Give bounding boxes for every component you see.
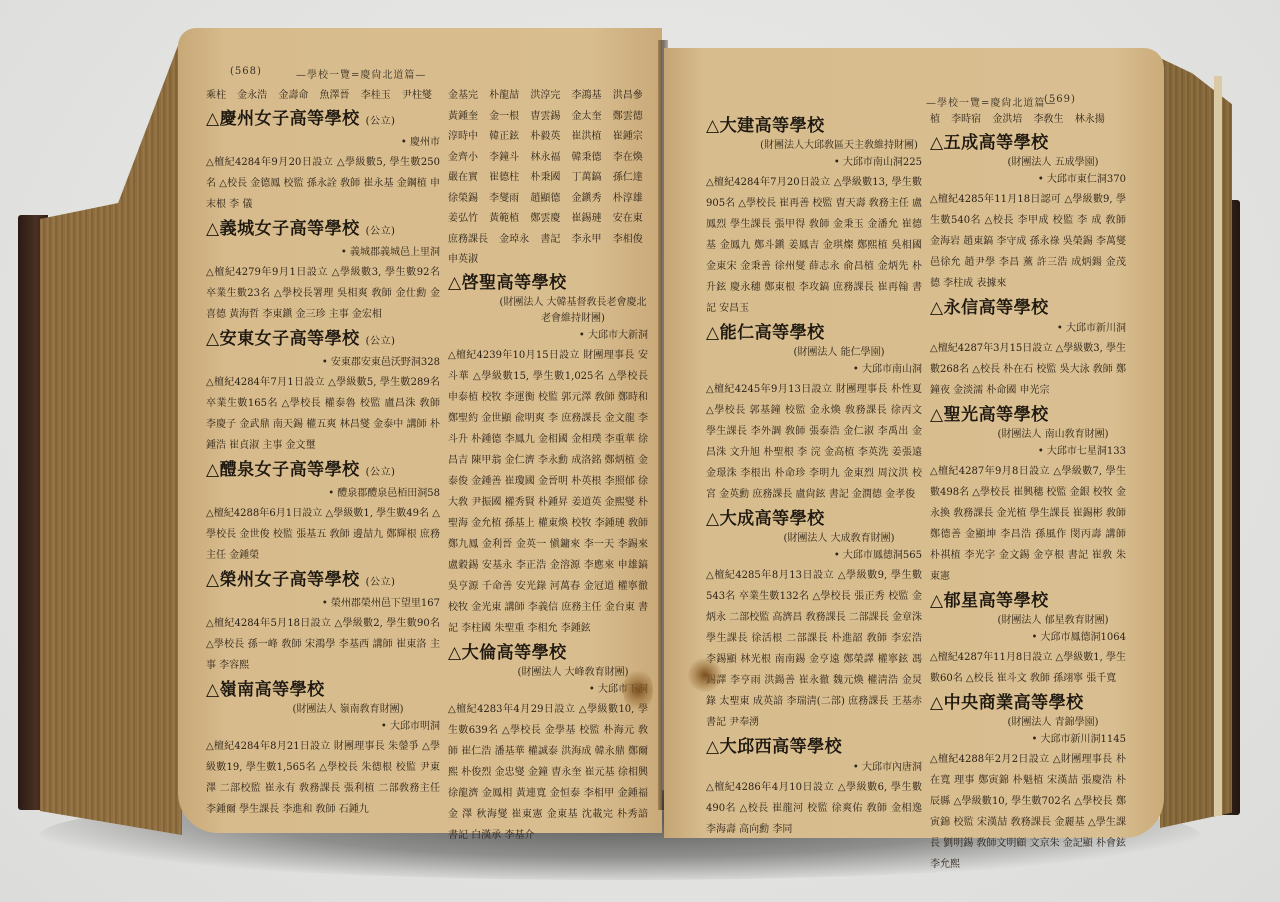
left-column-2: 金基完 朴龍喆 洪淳完 李鴻基 洪昌參 黃鍾奎 金一根 曺雲錫 金太奎 鄭雲德 … (448, 86, 648, 848)
school-details: △檀紀4279年9月1日設立 △學級數3, 學生數92名 卒業生數23名 △學校… (206, 262, 440, 325)
foundation: (財團法人大邱敎區天主敎維持財團) (756, 138, 922, 154)
school-entry: △醴泉女子高等學校(公立)• 醴泉郡醴泉邑栢田洞58△檀紀4288年6月1日設立… (206, 458, 440, 566)
school-name: 大邱西高等學校 (720, 737, 843, 757)
school-details: △檀紀4245年9月13日設立 財團理事長 朴性夏 △學校長 郭基鐘 校監 金永… (706, 379, 922, 505)
foundation: (財團法人 大韓基督敎長老會慶北老會維持財團) (498, 295, 648, 327)
school-entry: △大成高等學校(財團法人 大成敎育財團)• 大邱市鳳德洞565△檀紀4285年8… (706, 507, 922, 733)
school-title: △大邱西高等學校 (706, 735, 922, 759)
school-details: △檀紀4284年9月20日設立 △學級數5, 學生數250名 △校長 金德鳳 校… (206, 152, 440, 215)
book-photo: (568) —學校一覽=慶尙北道篇— 乘柱 金永浩 金壽命 魚澤晉 李桂玉 尹柱… (0, 0, 1280, 902)
foundation: (財團法人 嶺南敎育財團) (256, 702, 440, 718)
school-name: 榮州女子高等學校 (220, 570, 360, 590)
triangle-icon: △ (930, 693, 944, 713)
triangle-icon: △ (706, 737, 720, 757)
school-address: • 慶州市 (206, 134, 440, 152)
school-address: • 安東郡安東邑沃野洞328 (206, 354, 440, 372)
school-name: 能仁高等學校 (720, 323, 825, 343)
foundation: (財團法人 能仁學園) (756, 345, 922, 361)
triangle-icon: △ (206, 460, 220, 480)
school-name: 慶州女子高等學校 (220, 109, 360, 129)
foundation: (財團法人 五成學園) (980, 155, 1126, 171)
school-name: 安東女子高等學校 (220, 329, 360, 349)
school-details: △檀紀4287年9月8日設立 △學級數7, 學生數498名 △學校長 崔興穗 校… (930, 461, 1126, 587)
school-entry: △大倫高等學校(財團法人 大峰敎育財團)• 大邱市下洞△檀紀4283年4月29日… (448, 641, 648, 846)
right-column-2: 植 李時宿 金洪培 李敎生 林永揚 △五成高等學校(財團法人 五成學園)• 大邱… (930, 110, 1126, 877)
school-title: △大建高等學校 (706, 114, 922, 138)
school-title: △安東女子高等學校(公立) (206, 327, 440, 354)
school-address: • 大邱市鳳德洞565 (706, 547, 922, 565)
school-entry: △永信高等學校• 大邱市新川洞△檀紀4287年3月15日設立 △學級數3, 學生… (930, 296, 1126, 401)
school-address: • 大邱市新川洞1145 (930, 731, 1126, 749)
triangle-icon: △ (706, 509, 720, 529)
school-entry: △中央商業高等學校(財團法人 青錦學園)• 大邱市新川洞1145△檀紀4288年… (930, 691, 1126, 875)
school-details: △檀紀4287年3月15日設立 △學級數3, 學生數268名 △校長 朴在石 校… (930, 338, 1126, 401)
right-page: —學校一覽=慶尙北道篇— (569) △大建高等學校(財團法人大邱敎區天主敎維持… (664, 48, 1164, 838)
school-name: 嶺南高等學校 (220, 680, 325, 700)
school-name: 啓聖高等學校 (462, 273, 567, 293)
age-stain (688, 658, 722, 692)
triangle-icon: △ (206, 109, 220, 129)
triangle-icon: △ (930, 298, 944, 318)
foundation: (財團法人 郁星敎育財團) (980, 613, 1126, 629)
leading-names: 金基完 朴龍喆 洪淳完 李鴻基 洪昌參 黃鍾奎 金一根 曺雲錫 金太奎 鄭雲德 … (448, 86, 648, 271)
foundation: (財團法人 青錦學園) (980, 715, 1126, 731)
school-address: • 義城郡義城邑上里洞 (206, 244, 440, 262)
school-details: △檀紀4284年5月18日設立 △學級數2, 學生數90名 △學校長 孫一峰 敎… (206, 613, 440, 676)
left-column-1: 乘柱 金永浩 金壽命 魚澤晉 李桂玉 尹柱燮 △慶州女子高等學校(公立)• 慶州… (206, 86, 440, 822)
school-name: 醴泉女子高等學校 (220, 460, 360, 480)
school-title: △能仁高等學校 (706, 321, 922, 345)
school-name: 五成高等學校 (944, 133, 1049, 153)
school-details: △檀紀4283年4月29日設立 △學級數10, 學生數639名 △學校長 金學基… (448, 699, 648, 846)
school-title: △大倫高等學校 (448, 641, 648, 665)
school-list: △慶州女子高等學校(公立)• 慶州市△檀紀4284年9月20日設立 △學級數5,… (206, 107, 440, 820)
school-entry: △大建高等學校(財團法人大邱敎區天主敎維持財團)• 大邱市南山洞225△檀紀42… (706, 114, 922, 319)
school-entry: △聖光高等學校(財團法人 南山敎育財團)• 大邱市七星洞133△檀紀4287年9… (930, 403, 1126, 587)
school-title: △嶺南高等學校 (206, 678, 440, 702)
triangle-icon: △ (206, 570, 220, 590)
school-name: 義城女子高等學校 (220, 219, 360, 239)
school-address: • 大邱市七星洞133 (930, 443, 1126, 461)
page-number: (569) (1044, 94, 1076, 105)
school-details: △檀紀4285年11月18日認可 △學級數9, 學生數540名 △校長 李甲成 … (930, 189, 1126, 294)
school-details: △檀紀4287年11月8日設立 △學級數1, 學生數60名 △校長 崔斗文 敎師… (930, 647, 1126, 689)
school-entry: △義城女子高等學校(公立)• 義城郡義城邑上里洞△檀紀4279年9月1日設立 △… (206, 217, 440, 325)
school-entry: △郁星高等學校(財團法人 郁星敎育財團)• 大邱市鳳德洞1064△檀紀4287年… (930, 589, 1126, 689)
school-address: • 大邱市南山洞 (706, 361, 922, 379)
school-title: △義城女子高等學校(公立) (206, 217, 440, 244)
school-type: (公立) (366, 467, 396, 478)
school-name: 永信高等學校 (944, 298, 1049, 318)
school-type: (公立) (366, 336, 396, 347)
school-title: △五成高等學校 (930, 131, 1126, 155)
school-entry: △安東女子高等學校(公立)• 安東郡安東邑沃野洞328△檀紀4284年7月1日設… (206, 327, 440, 456)
triangle-icon: △ (706, 116, 720, 136)
left-page: (568) —學校一覽=慶尙北道篇— 乘柱 金永浩 金壽命 魚澤晉 李桂玉 尹柱… (178, 28, 662, 833)
school-entry: △慶州女子高等學校(公立)• 慶州市△檀紀4284年9月20日設立 △學級數5,… (206, 107, 440, 215)
triangle-icon: △ (930, 591, 944, 611)
school-type: (公立) (366, 226, 396, 237)
triangle-icon: △ (448, 643, 462, 663)
leading-names: 植 李時宿 金洪培 李敎生 林永揚 (930, 110, 1126, 131)
school-entry: △嶺南高等學校(財團法人 嶺南敎育財團)• 大邱市明洞△檀紀4284年8月21日… (206, 678, 440, 820)
school-address: • 大邱市東仁洞370 (930, 171, 1126, 189)
foundation: (財團法人 大成敎育財團) (756, 531, 922, 547)
school-address: • 大邱市內唐洞 (706, 759, 922, 777)
running-header: —學校一覽=慶尙北道篇— (926, 94, 1056, 109)
school-entry: △啓聖高等學校(財團法人 大韓基督敎長老會慶北老會維持財團)• 大邱市大新洞△檀… (448, 271, 648, 639)
triangle-icon: △ (930, 405, 944, 425)
school-details: △檀紀4284年7月20日設立 △學級數13, 學生數905名 △學校長 崔再善… (706, 172, 922, 319)
school-details: △檀紀4284年8月21日設立 財團理事長 朱鎣爭 △學級數19, 學生數1,5… (206, 736, 440, 820)
school-title: △啓聖高等學校 (448, 271, 648, 295)
school-title: △聖光高等學校 (930, 403, 1126, 427)
triangle-icon: △ (206, 680, 220, 700)
school-entry: △大邱西高等學校• 大邱市內唐洞△檀紀4286年4月10日設立 △學級數6, 學… (706, 735, 922, 840)
school-name: 大倫高等學校 (462, 643, 567, 663)
triangle-icon: △ (448, 273, 462, 293)
school-title: △永信高等學校 (930, 296, 1126, 320)
school-address: • 大邱市新川洞 (930, 320, 1126, 338)
school-address: • 大邱市南山洞225 (706, 154, 922, 172)
school-address: • 醴泉郡醴泉邑栢田洞58 (206, 485, 440, 503)
school-address: • 榮州郡榮州邑下望里167 (206, 595, 440, 613)
school-title: △榮州女子高等學校(公立) (206, 568, 440, 595)
triangle-icon: △ (706, 323, 720, 343)
right-column-1: △大建高等學校(財團法人大邱敎區天主敎維持財團)• 大邱市南山洞225△檀紀42… (706, 114, 922, 842)
school-title: △醴泉女子高等學校(公立) (206, 458, 440, 485)
school-details: △檀紀4288年6月1日設立 △學級數1, 學生數49名 △學校長 金世俊 校監… (206, 503, 440, 566)
school-details: △檀紀4239年10月15日設立 財團理事長 安斗華 △學級數15, 學生數1,… (448, 345, 648, 639)
school-details: △檀紀4286年4月10日設立 △學級數6, 學生數490名 △校長 崔龍河 校… (706, 777, 922, 840)
school-entry: △榮州女子高等學校(公立)• 榮州郡榮州邑下望里167△檀紀4284年5月18日… (206, 568, 440, 676)
page-edge-cream (1214, 76, 1222, 816)
school-type: (公立) (366, 116, 396, 127)
school-title: △中央商業高等學校 (930, 691, 1126, 715)
foundation: (財團法人 南山敎育財團) (980, 427, 1126, 443)
school-details: △檀紀4284年7月1日設立 △學級數5, 學生數289名 卒業生數165名 △… (206, 372, 440, 456)
school-name: 大建高等學校 (720, 116, 825, 136)
school-details: △檀紀4288年2月2日設立 △財團理事長 朴在寬 理事 鄭寅錦 朴魁植 宋漢喆… (930, 749, 1126, 875)
triangle-icon: △ (206, 329, 220, 349)
school-name: 郁星高等學校 (944, 591, 1049, 611)
leading-names: 乘柱 金永浩 金壽命 魚澤晉 李桂玉 尹柱燮 (206, 86, 440, 107)
school-name: 大成高等學校 (720, 509, 825, 529)
school-name: 中央商業高等學校 (944, 693, 1084, 713)
school-entry: △能仁高等學校(財團法人 能仁學園)• 大邱市南山洞△檀紀4245年9月13日設… (706, 321, 922, 505)
school-entry: △五成高等學校(財團法人 五成學園)• 大邱市東仁洞370△檀紀4285年11月… (930, 131, 1126, 294)
triangle-icon: △ (206, 219, 220, 239)
school-title: △大成高等學校 (706, 507, 922, 531)
school-address: • 大邱市下洞 (448, 681, 648, 699)
school-name: 聖光高等學校 (944, 405, 1049, 425)
age-stain (623, 668, 653, 712)
school-list: △大建高等學校(財團法人大邱敎區天主敎維持財團)• 大邱市南山洞225△檀紀42… (706, 114, 922, 840)
triangle-icon: △ (930, 133, 944, 153)
school-address: • 大邱市明洞 (206, 718, 440, 736)
page-number: (568) (230, 66, 262, 77)
school-type: (公立) (366, 577, 396, 588)
school-title: △郁星高等學校 (930, 589, 1126, 613)
school-details: △檀紀4285年8月13日設立 △學級數9, 學生數543名 卒業生數132名 … (706, 565, 922, 733)
school-title: △慶州女子高等學校(公立) (206, 107, 440, 134)
school-address: • 大邱市鳳德洞1064 (930, 629, 1126, 647)
school-list: △五成高等學校(財團法人 五成學園)• 大邱市東仁洞370△檀紀4285年11月… (930, 131, 1126, 875)
school-address: • 大邱市大新洞 (448, 327, 648, 345)
school-list: △啓聖高等學校(財團法人 大韓基督敎長老會慶北老會維持財團)• 大邱市大新洞△檀… (448, 271, 648, 846)
running-header: —學校一覽=慶尙北道篇— (296, 66, 426, 81)
